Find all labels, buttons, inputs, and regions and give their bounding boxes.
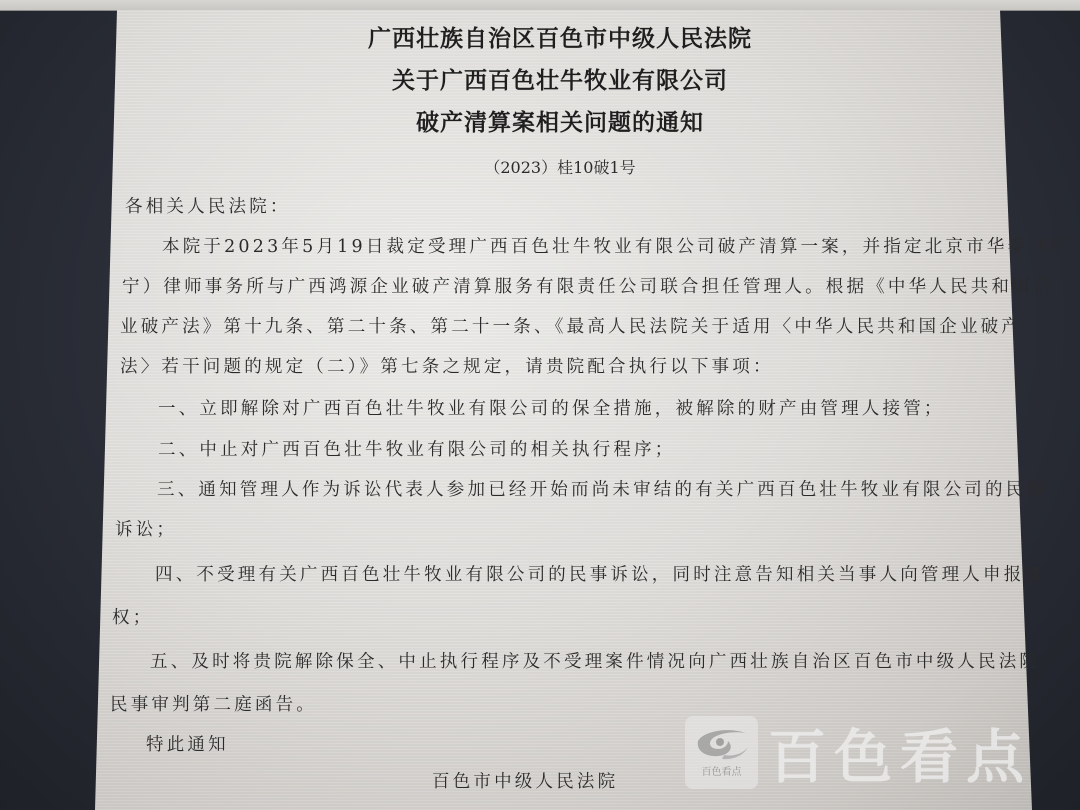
item-4-cont: 权； [112,604,153,629]
item-5-cont: 民事审判第二庭函告。 [110,691,317,716]
item-2: 二、中止对广西百色壮牛牧业有限公司的相关执行程序； [158,436,676,461]
watermark-logo: 百色看点 [685,716,758,789]
salutation: 各相关人民法院： [125,193,291,218]
title-line-3: 破产清算案相关问题的通知 [300,104,820,137]
body-line: 宁）律师事务所与广西鸿源企业破产清算服务有限责任公司联合担任管理人。根据《中华人… [122,273,1054,298]
title-line-2: 关于广西百色壮牛牧业有限公司 [300,62,820,95]
signature: 百色市中级人民法院 [432,768,618,793]
item-3: 三、通知管理人作为诉讼代表人参加已经开始而尚未审结的有关广西百色壮牛牧业有限公司… [157,476,1047,501]
case-number: （2023）桂10破1号 [380,155,740,178]
title-line-1: 广西壮族自治区百色市中级人民法院 [300,20,820,53]
watermark: 百色看点 百色看点 [685,712,1032,792]
body-line: 本院于2023年5月19日裁定受理广西百色壮牛牧业有限公司破产清算一案，并指定北… [162,233,1070,258]
body-line: 法〉若干问题的规定（二）》第七条之规定，请贵院配合执行以下事项： [120,353,774,378]
document: 广西壮族自治区百色市中级人民法院 关于广西百色壮牛牧业有限公司 破产清算案相关问… [0,0,1080,810]
watermark-logo-label: 百色看点 [702,763,742,778]
body-line: 业破产法》第十九条、第二十条、第二十一条、《最高人民法院关于适用〈中华人民共和国… [120,313,1022,338]
watermark-text: 百色看点 [768,710,1032,794]
closing: 特此通知 [146,731,229,756]
item-5: 五、及时将贵院解除保全、中止执行程序及不受理案件情况向广西壮族自治区百色市中级人… [150,648,1040,673]
item-3-cont: 诉讼； [115,516,177,541]
swirl-logo-icon [694,727,750,761]
item-1: 一、立即解除对广西百色壮牛牧业有限公司的保全措施，被解除的财产由管理人接管； [158,395,945,420]
item-4: 四、不受理有关广西百色壮牛牧业有限公司的民事诉讼，同时注意告知相关当事人向管理人… [155,561,1045,586]
